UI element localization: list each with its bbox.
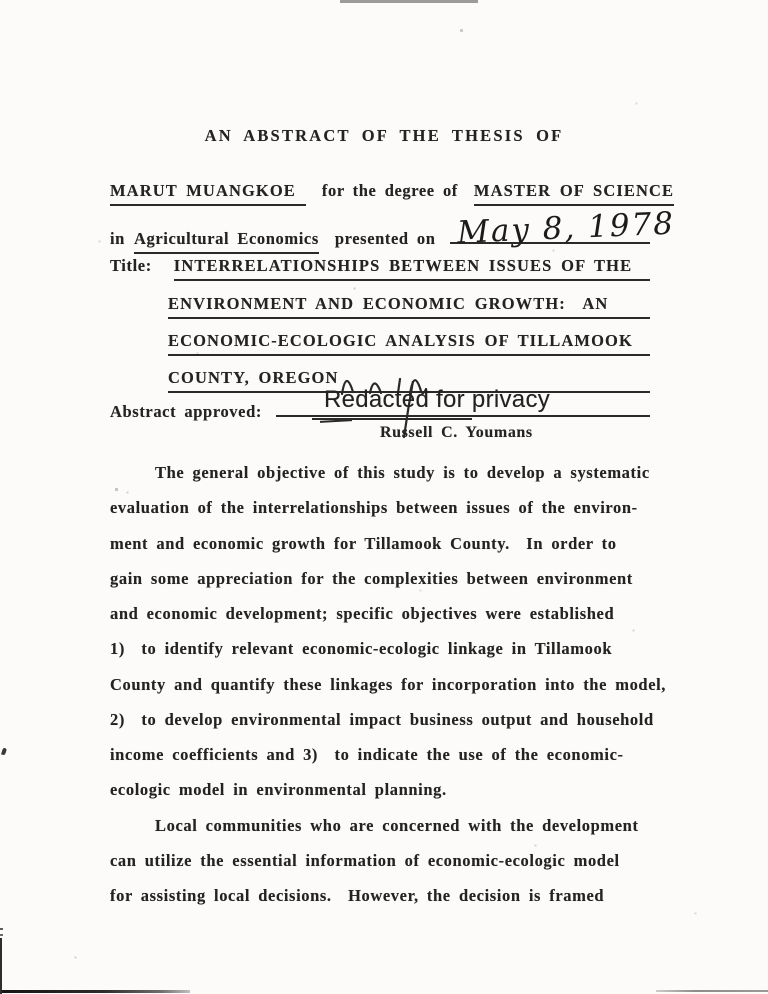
handwritten-date: May 8, 1978	[456, 206, 675, 251]
abstract-body: The general objective of this study is t…	[110, 455, 672, 913]
scan-artifact-specks	[0, 0, 1, 1]
body-line: income coefficients and 3) to indicate t…	[110, 737, 672, 772]
title-label: Title:	[110, 256, 152, 276]
scan-artifact-left-tick	[0, 934, 3, 936]
body-line: County and quantify these linkages for i…	[110, 667, 672, 702]
body-line: 2) to develop environmental impact busin…	[110, 702, 672, 737]
in-label: in	[110, 229, 125, 249]
title-text-2: ENVIRONMENT AND ECONOMIC GROWTH: AN	[168, 294, 650, 319]
body-line: ecologic model in environmental planning…	[110, 772, 672, 807]
scan-artifact-top-bar	[340, 0, 478, 3]
body-line: evaluation of the interrelationships bet…	[110, 490, 672, 525]
title-text-1: INTERRELATIONSHIPS BETWEEN ISSUES OF THE	[174, 256, 650, 281]
author-degree-line: MARUT MUANGKOE for the degree of MASTER …	[110, 181, 650, 206]
body-line: for assisting local decisions. However, …	[110, 878, 672, 913]
body-line: ment and economic growth for Tillamook C…	[110, 526, 672, 561]
page-title: AN ABSTRACT OF THE THESIS OF	[0, 126, 768, 146]
major-name: Agricultural Economics	[134, 229, 319, 254]
title-line-1: Title: INTERRELATIONSHIPS BETWEEN ISSUES…	[110, 256, 650, 281]
body-line: The general objective of this study is t…	[110, 455, 672, 490]
scan-artifact-left-tick	[0, 928, 3, 930]
title-line-2: ENVIRONMENT AND ECONOMIC GROWTH: AN	[168, 294, 650, 319]
body-line: and economic development; specific objec…	[110, 596, 672, 631]
author-name: MARUT MUANGKOE	[110, 181, 306, 206]
redaction-overlay-text: Redacted for privacy	[324, 386, 550, 414]
title-text-3: ECONOMIC-ECOLOGIC ANALYSIS OF TILLAMOOK	[168, 331, 650, 356]
scan-artifact-bottom-left-line	[0, 990, 190, 993]
body-line: Local communities who are concerned with…	[110, 808, 672, 843]
signature-second-line	[312, 418, 472, 420]
presented-on-label: presented on	[335, 229, 436, 249]
approver-name: Russell C. Youmans	[380, 424, 533, 442]
date-blank-line: May 8, 1978	[450, 218, 650, 244]
abstract-approved-line: Abstract approved: Redacted for privacy …	[110, 391, 650, 422]
degree-name: MASTER OF SCIENCE	[474, 181, 674, 206]
major-date-line: in Agricultural Economics presented on M…	[110, 218, 650, 254]
body-line: can utilize the essential information of…	[110, 843, 672, 878]
scan-artifact-stray-mark	[1, 748, 7, 756]
scan-artifact-bottom-right-line	[656, 990, 768, 992]
abstract-approved-label: Abstract approved:	[110, 402, 262, 422]
title-line-3: ECONOMIC-ECOLOGIC ANALYSIS OF TILLAMOOK	[168, 331, 650, 356]
body-line: gain some appreciation for the complexit…	[110, 561, 672, 596]
degree-phrase: for the degree of	[322, 181, 458, 201]
body-line: 1) to identify relevant economic-ecologi…	[110, 631, 672, 666]
signature-area: Redacted for privacy Russell C. Youmans	[276, 391, 650, 417]
scan-artifact-left-edge-line	[0, 938, 2, 994]
scanned-thesis-abstract-page: AN ABSTRACT OF THE THESIS OF MARUT MUANG…	[0, 0, 768, 994]
